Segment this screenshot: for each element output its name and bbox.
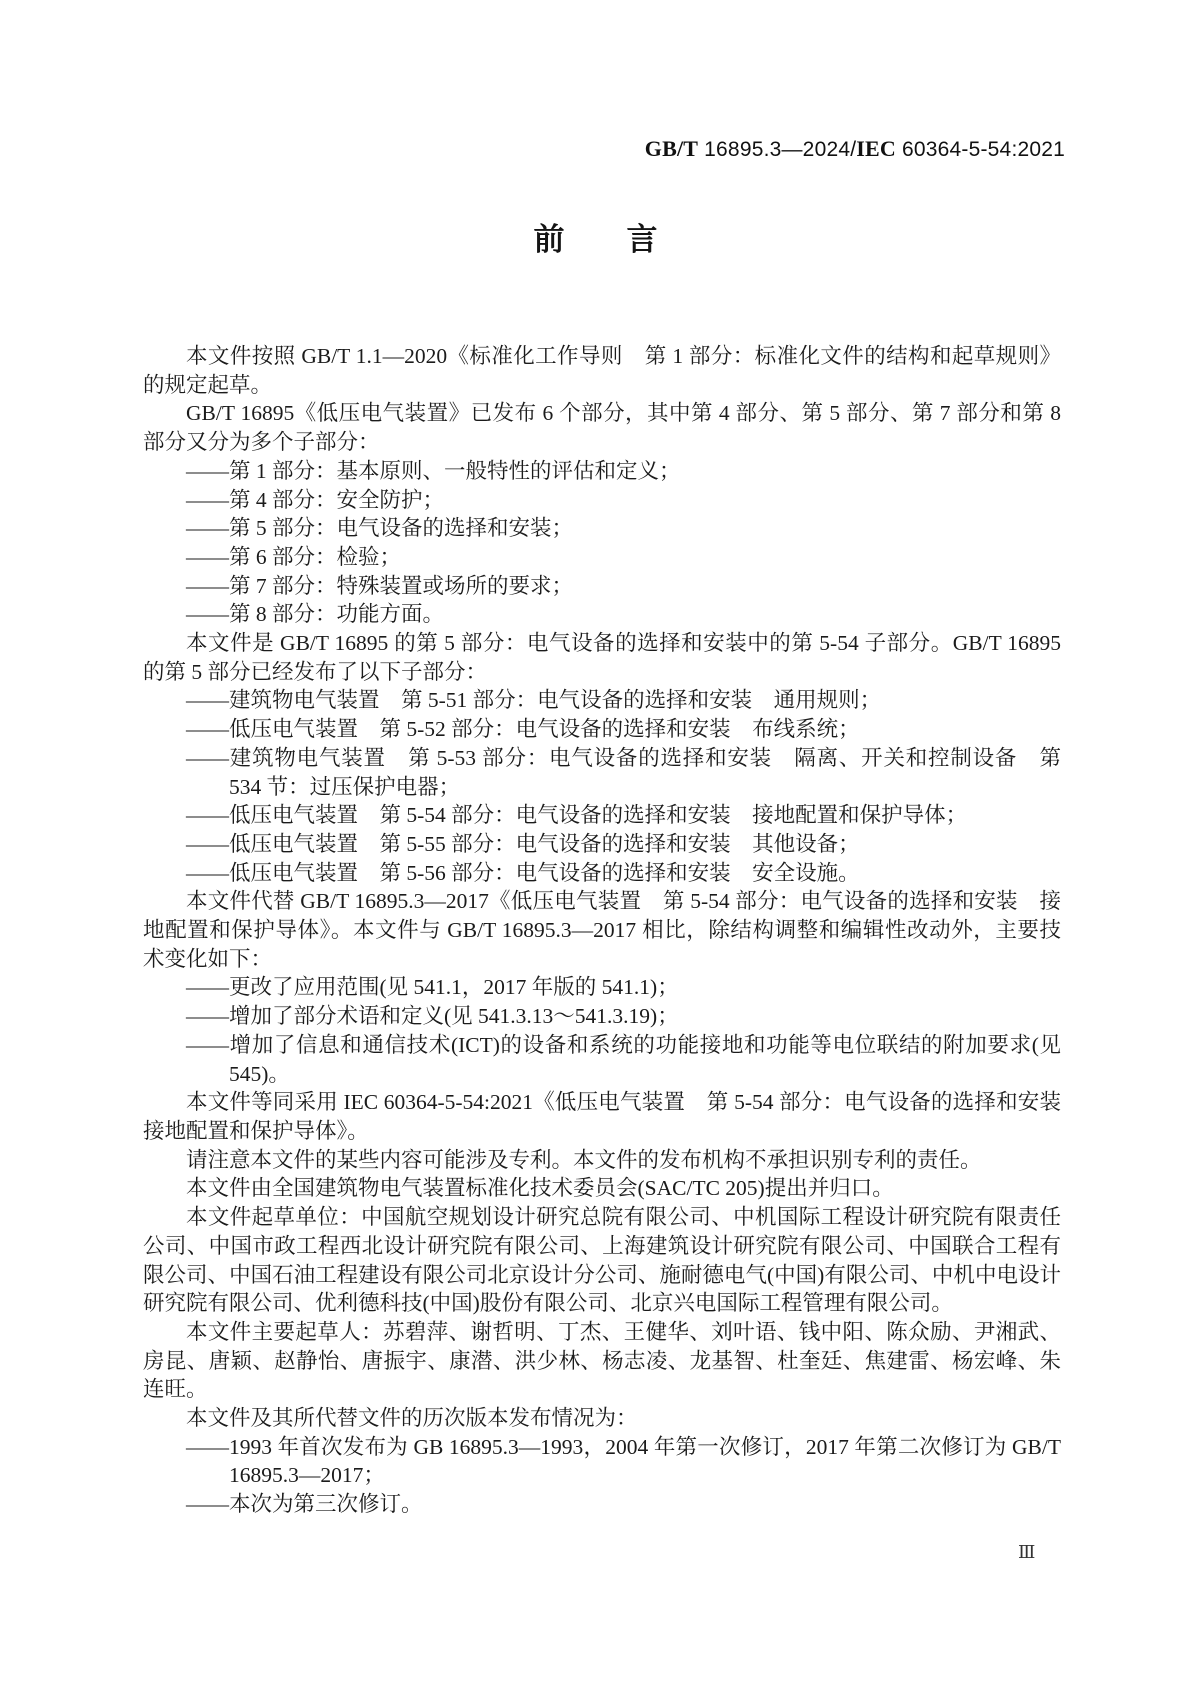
doc-code-header: GB/T 16895.3—2024/IEC 60364-5-54:2021	[645, 136, 1065, 162]
paragraph: 本文件等同采用 IEC 60364-5-54:2021《低压电气装置 第 5-5…	[143, 1088, 1061, 1145]
list-item: ——第 5 部分：电气设备的选择和安装；	[143, 514, 1061, 543]
paragraph: 本文件及其所代替文件的历次版本发布情况为：	[143, 1404, 1061, 1433]
document-page: GB/T 16895.3—2024/IEC 60364-5-54:2021 前 …	[0, 0, 1191, 1685]
paragraph: 本文件由全国建筑物电气装置标准化技术委员会(SAC/TC 205)提出并归口。	[143, 1174, 1061, 1203]
paragraph: 本文件按照 GB/T 1.1—2020《标准化工作导则 第 1 部分：标准化文件…	[143, 342, 1061, 399]
list-item: ——更改了应用范围(见 541.1，2017 年版的 541.1)；	[143, 973, 1061, 1002]
list-item: ——建筑物电气装置 第 5-51 部分：电气设备的选择和安装 通用规则；	[143, 686, 1061, 715]
paragraph: 本文件主要起草人：苏碧萍、谢哲明、丁杰、王健华、刘叶语、钱中阳、陈众励、尹湘武、…	[143, 1318, 1061, 1404]
list-item: ——本次为第三次修订。	[143, 1490, 1061, 1519]
list-item: ——1993 年首次发布为 GB 16895.3—1993，2004 年第一次修…	[143, 1433, 1061, 1490]
list-item: ——增加了部分术语和定义(见 541.3.13～541.3.19)；	[143, 1002, 1061, 1031]
page-number: Ⅲ	[1018, 1542, 1035, 1563]
paragraph: 本文件代替 GB/T 16895.3—2017《低压电气装置 第 5-54 部分…	[143, 887, 1061, 973]
list-item: ——第 4 部分：安全防护；	[143, 486, 1061, 515]
list-item: ——低压电气装置 第 5-55 部分：电气设备的选择和安装 其他设备；	[143, 830, 1061, 859]
paragraph: 本文件起草单位：中国航空规划设计研究总院有限公司、中机国际工程设计研究院有限责任…	[143, 1203, 1061, 1318]
doc-code-gb: GB/T	[645, 136, 698, 161]
list-item: ——第 6 部分：检验；	[143, 543, 1061, 572]
list-item: ——低压电气装置 第 5-52 部分：电气设备的选择和安装 布线系统；	[143, 715, 1061, 744]
list-item: ——增加了信息和通信技术(ICT)的设备和系统的功能接地和功能等电位联结的附加要…	[143, 1031, 1061, 1088]
paragraph: 本文件是 GB/T 16895 的第 5 部分：电气设备的选择和安装中的第 5-…	[143, 629, 1061, 686]
doc-code-number-1: 16895.3—2024/	[698, 138, 856, 161]
paragraph: GB/T 16895《低压电气装置》已发布 6 个部分，其中第 4 部分、第 5…	[143, 399, 1061, 456]
paragraph: 请注意本文件的某些内容可能涉及专利。本文件的发布机构不承担识别专利的责任。	[143, 1146, 1061, 1175]
list-item: ——低压电气装置 第 5-54 部分：电气设备的选择和安装 接地配置和保护导体；	[143, 801, 1061, 830]
list-item: ——建筑物电气装置 第 5-53 部分：电气设备的选择和安装 隔离、开关和控制设…	[143, 744, 1061, 801]
list-item: ——低压电气装置 第 5-56 部分：电气设备的选择和安装 安全设施。	[143, 859, 1061, 888]
doc-code-iec: IEC	[856, 136, 896, 161]
list-item: ——第 8 部分：功能方面。	[143, 600, 1061, 629]
list-item: ——第 1 部分：基本原则、一般特性的评估和定义；	[143, 457, 1061, 486]
page-title: 前 言	[0, 214, 1191, 259]
list-item: ——第 7 部分：特殊装置或场所的要求；	[143, 572, 1061, 601]
foreword-content: 本文件按照 GB/T 1.1—2020《标准化工作导则 第 1 部分：标准化文件…	[143, 342, 1061, 1519]
doc-code-number-2: 60364-5-54:2021	[896, 138, 1065, 161]
